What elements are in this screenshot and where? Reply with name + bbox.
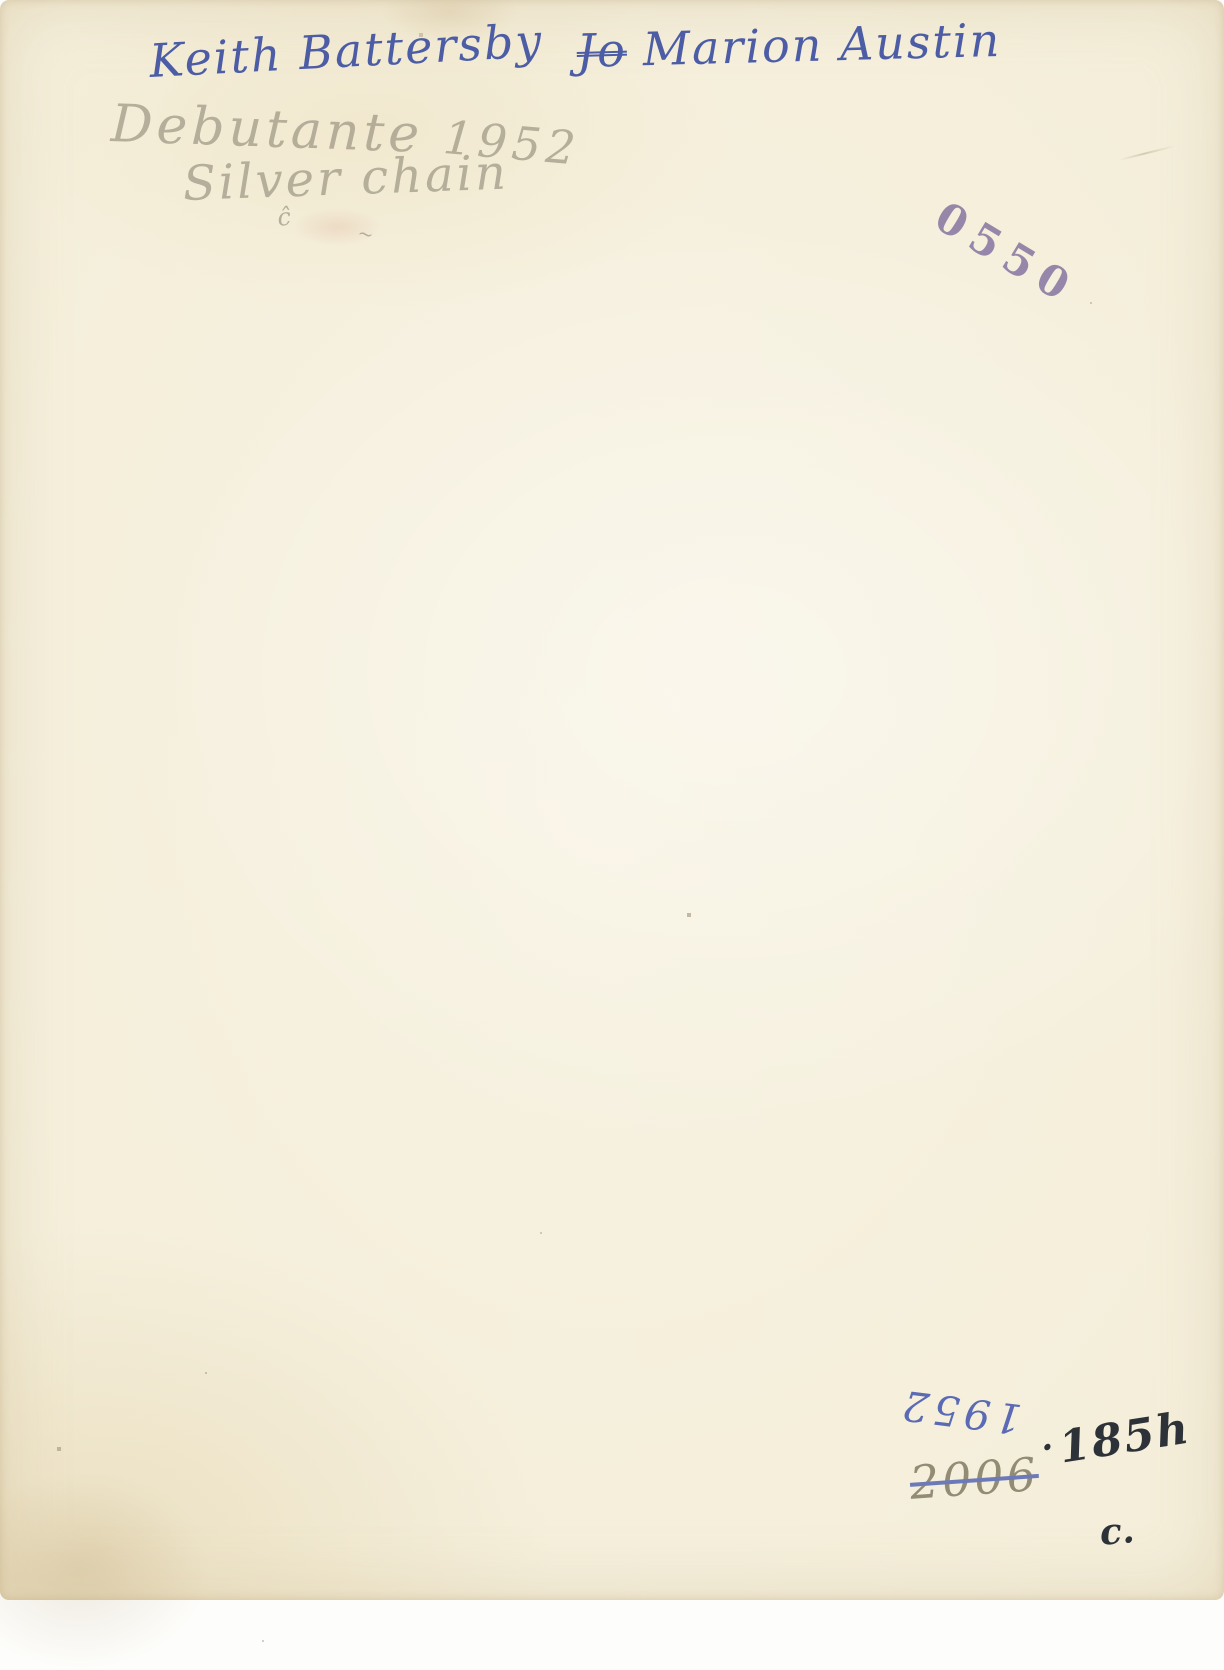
inscription-flipped-year: 1952 — [895, 1380, 1024, 1443]
stray-pencil-mark: ĉ — [276, 203, 292, 232]
accession-code-text: 185h — [1056, 1403, 1194, 1474]
accession-year-struck: 2006 — [908, 1447, 1041, 1510]
inscription-pencil-subtitle: Silver chain — [182, 145, 510, 212]
accession-stamp-number: 0550 — [927, 192, 1087, 315]
crease-mark — [1119, 145, 1176, 161]
photo-verso-card: Keith Battersby JoMarion Austin Debutant… — [0, 0, 1224, 1600]
paper-stain-bottom-left — [0, 1470, 210, 1600]
sitter-name-text: Marion Austin — [642, 13, 1002, 76]
inscription-sitter-name: JoMarion Austin — [576, 13, 1002, 78]
stray-pencil-mark: ~ — [355, 222, 375, 247]
paper-specks — [0, 0, 2, 2]
accession-code: ·185h — [1038, 1403, 1194, 1477]
inscription-photographer-name: Keith Battersby — [148, 13, 545, 88]
accession-dot: · — [1038, 1427, 1058, 1469]
struck-word-jo: Jo — [576, 23, 628, 78]
accession-letter: c. — [1098, 1509, 1136, 1554]
